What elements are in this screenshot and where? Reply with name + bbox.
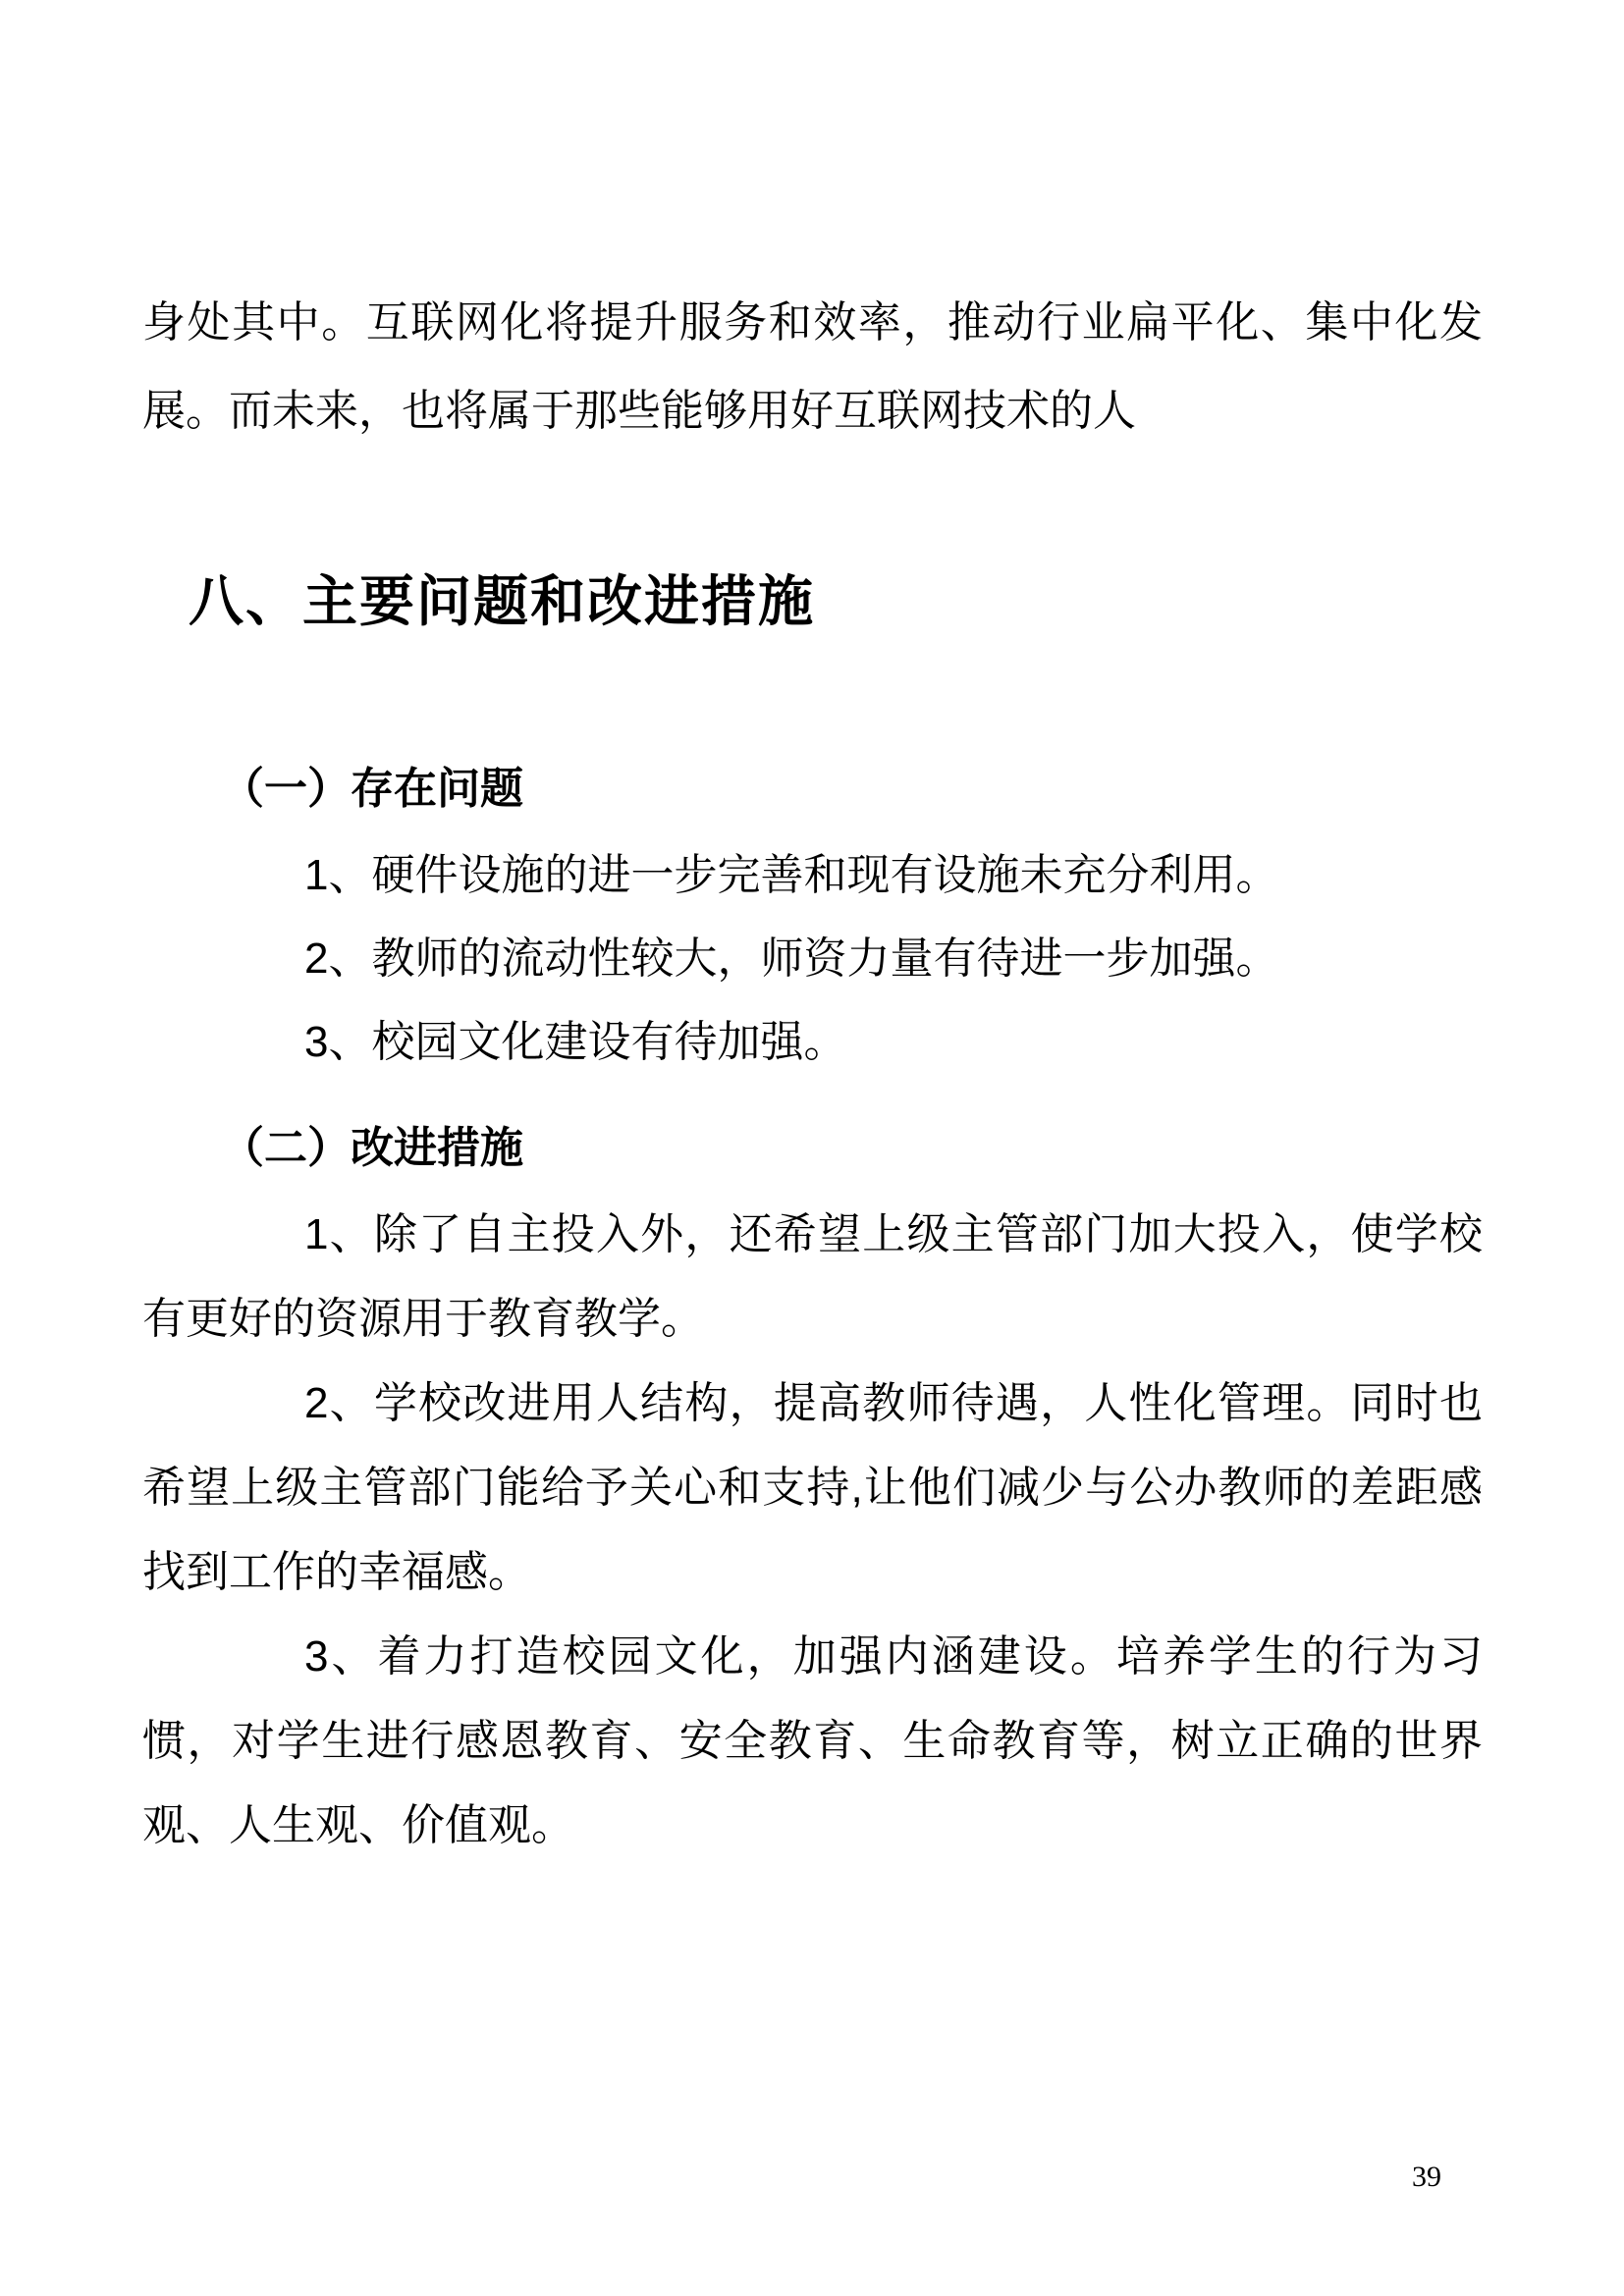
document-page: 身处其中。互联网化将提升服务和效率，推动行业扁平化、集中化发展。而未来，也将属于…	[0, 0, 1624, 2296]
section-heading: 八、主要问题和改进措施	[142, 568, 1483, 634]
measure-paragraph-2: 2、学校改进用人结构，提高教师待遇，人性化管理。同时也希望上级主管部门能给予关心…	[142, 1362, 1483, 1615]
problem-item-2: 2、教师的流动性较大，师资力量有待进一步加强。	[142, 917, 1483, 1000]
intro-paragraph: 身处其中。互联网化将提升服务和效率，推动行业扁平化、集中化发展。而未来，也将属于…	[142, 279, 1483, 455]
page-number: 39	[1412, 2160, 1441, 2195]
subsection-title-problems: （一）存在问题	[142, 745, 1483, 833]
problem-item-1: 1、硬件设施的进一步完善和现有设施未充分利用。	[142, 833, 1483, 917]
problem-item-3: 3、校园文化建设有待加强。	[142, 1000, 1483, 1084]
measure-paragraph-1: 1、除了自主投入外，还希望上级主管部门加大投入，使学校有更好的资源用于教育教学。	[142, 1193, 1483, 1362]
subsection-title-measures: （二）改进措施	[142, 1104, 1483, 1193]
page-content: 身处其中。互联网化将提升服务和效率，推动行业扁平化、集中化发展。而未来，也将属于…	[142, 0, 1483, 1868]
measure-paragraph-3: 3、着力打造校园文化，加强内涵建设。培养学生的行为习惯，对学生进行感恩教育、安全…	[142, 1615, 1483, 1868]
